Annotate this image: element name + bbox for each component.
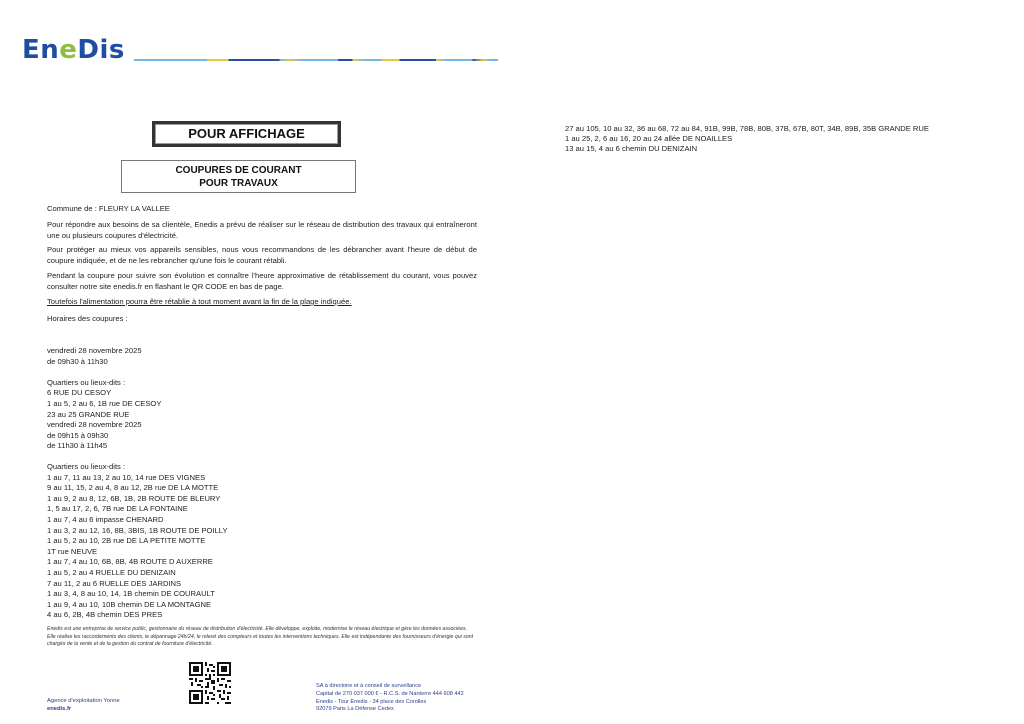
place-item: 9 au 11, 15, 2 au 4, 8 au 12, 2B rue DE …: [47, 483, 228, 494]
agency-info: Agence d'exploitation Yonne enedis.fr: [47, 697, 120, 713]
warning-text: Toutefois l'alimentation pourra être rét…: [47, 297, 477, 308]
place-item: 6 RUE DU CESOY: [47, 388, 161, 399]
qr-code-icon[interactable]: [189, 662, 231, 704]
company-line: 92079 Paris La Défense Cedex: [316, 706, 464, 714]
place-item: 1 au 9, 2 au 8, 12, 6B, 1B, 2B ROUTE DE …: [47, 494, 228, 505]
place-item: 1 au 5, 2 au 4 RUELLE DU DENIZAIN: [47, 568, 228, 579]
place-item: 23 au 25 GRANDE RUE: [47, 410, 161, 421]
place-item: 1, 5 au 17, 2, 6, 7B rue DE LA FONTAINE: [47, 504, 228, 515]
agency-name: Agence d'exploitation Yonne: [47, 697, 120, 705]
website-link[interactable]: enedis.fr: [47, 705, 120, 713]
places-label: Quartiers ou lieux-dits :: [47, 462, 228, 473]
legal-notice: Enedis est une entreprise de service pub…: [47, 626, 477, 649]
logo-part: Dis: [77, 35, 124, 65]
website-text: enedis.fr: [47, 706, 71, 712]
place-item: 1 au 9, 4 au 10, 10B chemin DE LA MONTAG…: [47, 600, 228, 611]
place-item: 1 au 5, 2 au 10, 2B rue DE LA PETITE MOT…: [47, 536, 228, 547]
enedis-logo: EneDis: [22, 36, 125, 64]
intro-paragraph: Pour répondre aux besoins de sa clientèl…: [47, 220, 477, 241]
commune-label: Commune de : FLEURY LA VALLEE: [47, 204, 477, 215]
notice-subtitle: COUPURES DE COURANT POUR TRAVAUX: [121, 160, 356, 193]
place-item: 1 au 7, 4 au 6 impasse CHENARD: [47, 515, 228, 526]
company-line: Capital de 270 037 000 € - R.C.S. de Nan…: [316, 691, 464, 699]
header-divider: [134, 59, 498, 61]
schedule-date: vendredi 28 novembre 2025: [47, 420, 161, 431]
tracking-paragraph: Pendant la coupure pour suivre son évolu…: [47, 271, 477, 292]
schedule-2-places-continued: 27 au 105, 10 au 32, 36 au 68, 72 au 84,…: [565, 124, 929, 155]
place-item: 1 au 5, 2 au 6, 1B rue DE CESOY: [47, 399, 161, 410]
horaires-label: Horaires des coupures :: [47, 314, 477, 325]
subtitle-line: COUPURES DE COURANT: [122, 164, 355, 177]
schedule-2-places: Quartiers ou lieux-dits : 1 au 7, 11 au …: [47, 462, 228, 621]
place-item: 1 au 7, 4 au 10, 6B, 8B, 4B ROUTE D AUXE…: [47, 557, 228, 568]
logo-part-green: e: [59, 35, 77, 65]
place-item: 4 au 6, 2B, 4B chemin DES PRES: [47, 610, 228, 621]
place-item: 13 au 15, 4 au 6 chemin DU DENIZAIN: [565, 144, 929, 154]
schedule-1: vendredi 28 novembre 2025 de 09h30 à 11h…: [47, 346, 161, 452]
company-line: Enedis - Tour Enedis - 34 place des Coro…: [316, 699, 464, 707]
notice-title: POUR AFFICHAGE: [152, 121, 341, 147]
company-line: SA à directoire et à conseil de surveill…: [316, 683, 464, 691]
schedule-date: vendredi 28 novembre 2025: [47, 346, 161, 357]
schedule-time: de 11h30 à 11h45: [47, 441, 161, 452]
place-item: 1 au 3, 4, 8 au 10, 14, 1B chemin DE COU…: [47, 589, 228, 600]
place-item: 1 au 7, 11 au 13, 2 au 10, 14 rue DES VI…: [47, 473, 228, 484]
warning-underlined: Toutefois l'alimentation pourra être rét…: [47, 297, 352, 306]
place-item: 1 au 3, 2 au 12, 16, 8B, 3BIS, 1B ROUTE …: [47, 526, 228, 537]
company-info: SA à directoire et à conseil de surveill…: [316, 683, 464, 714]
place-item: 1 au 25, 2, 6 au 16, 20 au 24 allée DE N…: [565, 134, 929, 144]
logo-part: En: [22, 35, 59, 65]
place-item: 27 au 105, 10 au 32, 36 au 68, 72 au 84,…: [565, 124, 929, 134]
schedule-time: de 09h15 à 09h30: [47, 431, 161, 442]
places-label: Quartiers ou lieux-dits :: [47, 378, 161, 389]
place-item: 7 au 11, 2 au 6 RUELLE DES JARDINS: [47, 579, 228, 590]
place-item: 1T rue NEUVE: [47, 547, 228, 558]
subtitle-line: POUR TRAVAUX: [122, 177, 355, 190]
advice-paragraph: Pour protéger au mieux vos appareils sen…: [47, 245, 477, 266]
schedule-time: de 09h30 à 11h30: [47, 357, 161, 368]
